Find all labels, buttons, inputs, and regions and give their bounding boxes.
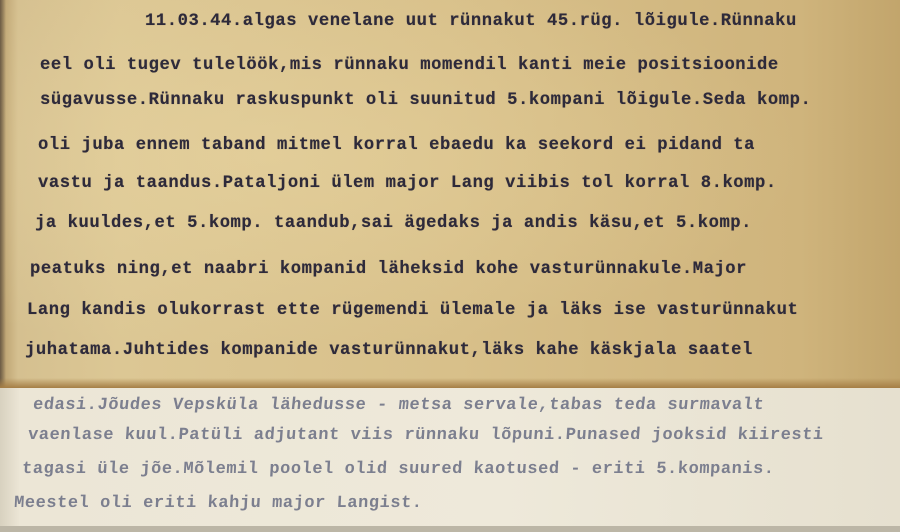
text-line: eel oli tugev tulelöök,mis rünnaku momen… [40,56,779,75]
typewritten-page-top: 11.03.44.algas venelane uut rünnakut 45.… [0,0,900,388]
page-edge-shadow [0,0,6,388]
text-line: juhatama.Juhtides kompanide vasturünnaku… [25,341,753,360]
text-line: tagasi üle jõe.Mõlemil poolel olid suure… [22,460,776,479]
text-line: peatuks ning,et naabri kompanid läheksid… [30,260,747,279]
text-line: 11.03.44.algas venelane uut rünnakut 45.… [145,12,797,31]
page-bottom-edge [0,526,900,532]
text-line: Meestel oli eriti kahju major Langist. [14,494,424,513]
text-line: oli juba ennem taband mitmel korral ebae… [38,136,755,155]
text-line: Lang kandis olukorrast ette rügemendi ül… [27,301,798,320]
text-line: ja kuuldes,et 5.komp. taandub,sai ägedak… [35,214,752,233]
text-line: sügavusse.Rünnaku raskuspunkt oli suunit… [40,91,811,110]
text-line: vastu ja taandus.Pataljoni ülem major La… [38,174,777,193]
text-line: vaenlase kuul.Patüli adjutant viis rünna… [27,426,824,445]
text-line: edasi.Jõudes Vepsküla lähedusse - metsa … [32,396,765,415]
